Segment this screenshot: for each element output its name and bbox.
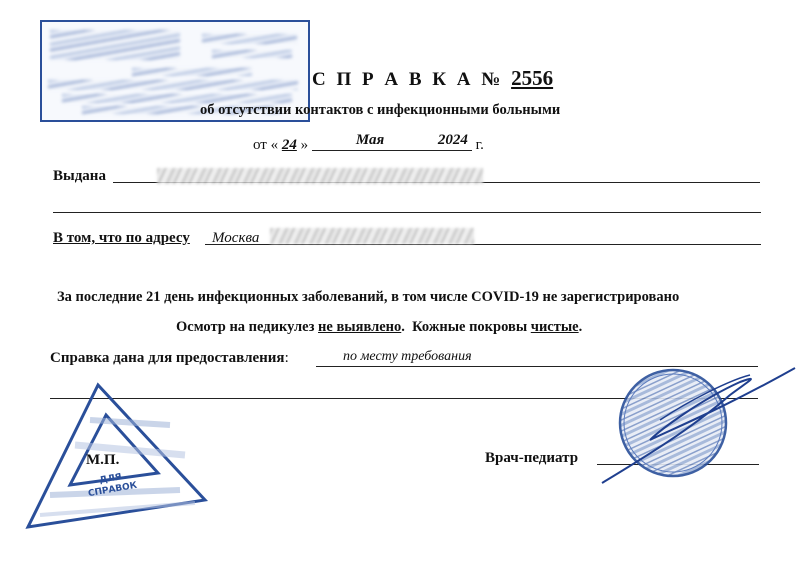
date-day: 24: [282, 137, 297, 153]
certificate-number: 2556: [511, 66, 553, 90]
signatory-title: Врач-педиатр: [485, 450, 578, 467]
purpose-value: по месту требования: [343, 349, 472, 365]
purpose-colon: :: [285, 350, 289, 366]
issued-to-redacted-value: [157, 168, 483, 184]
covid-statement: За последние 21 день инфекционных заболе…: [57, 289, 679, 306]
issued-to-line-2: [53, 212, 761, 213]
skin-result: чистые: [531, 319, 579, 335]
purpose-label: Справка дана для предоставления: [50, 350, 285, 366]
skin-label: . Кожные покровы: [401, 319, 531, 335]
date-mid: »: [301, 137, 309, 153]
pediculosis-result: не выявлено: [318, 319, 401, 335]
date-year: 2024: [438, 132, 468, 149]
document-subtitle: об отсутствии контактов с инфекционными …: [200, 102, 560, 119]
address-redacted-value: [270, 228, 474, 244]
issued-to-label: Выдана: [53, 168, 106, 185]
address-label: В том, что по адресу: [53, 230, 190, 247]
stamp-place-label: М.П.: [86, 452, 119, 469]
period: .: [579, 319, 583, 335]
document-title: С П Р А В К А № 2556: [312, 66, 553, 91]
issue-date: от « 24 » Мая 2024 г.: [253, 134, 484, 154]
pediculosis-label: Осмотр на педикулез: [176, 319, 318, 335]
date-month: Мая: [356, 132, 384, 149]
date-month-year-field: Мая 2024: [312, 134, 472, 151]
signature-icon: [600, 360, 800, 490]
title-prefix: С П Р А В К А №: [312, 69, 503, 90]
examination-statement: Осмотр на педикулез не выявлено. Кожные …: [176, 319, 582, 336]
purpose-field: Справка дана для предоставления:: [50, 350, 289, 367]
address-line: [205, 244, 761, 245]
date-prefix: от «: [253, 137, 278, 153]
date-suffix: г.: [476, 137, 484, 153]
